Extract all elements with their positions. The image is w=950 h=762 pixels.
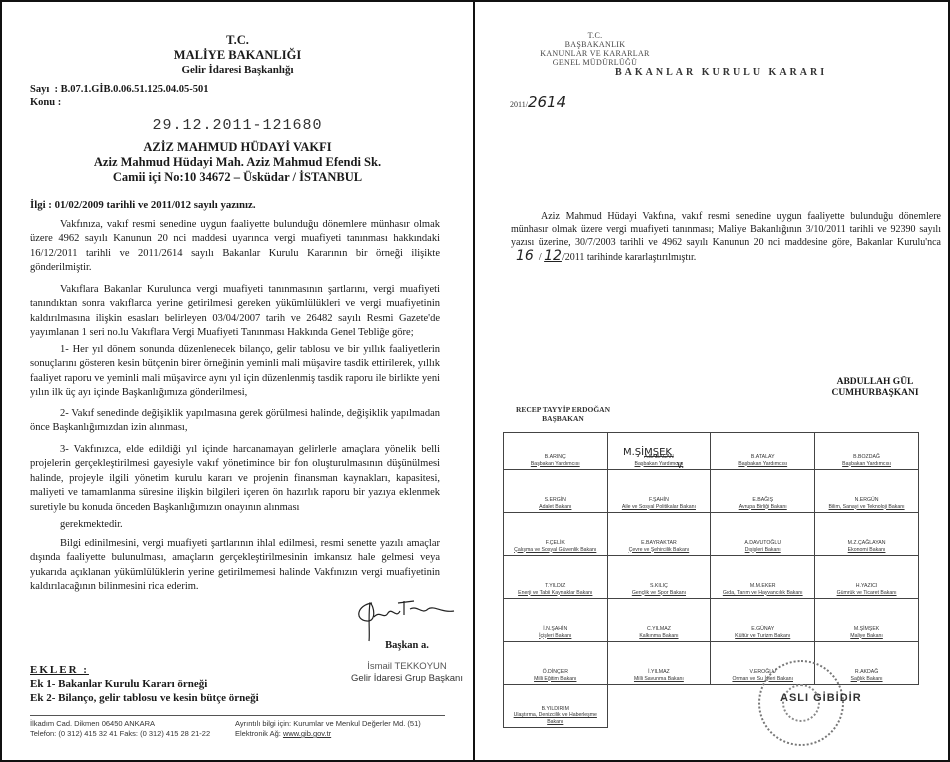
- minister-title: Dışişleri Bakanı: [712, 547, 813, 554]
- footer-phone: Telefon: (0 312) 415 32 41 Faks: (0 312)…: [30, 729, 210, 739]
- signatory-name: İsmail TEKKOYUN: [342, 661, 472, 673]
- signature-block: Başkan a. İsmail TEKKOYUN Gelir İdaresi …: [342, 640, 472, 685]
- president-title: CUMHURBAŞKANI: [815, 388, 935, 399]
- minister-cell: E.BAĞIŞAvrupa Birliği Bakanı: [711, 470, 815, 513]
- minister-cell: T.YILDIZEnerji ve Tabii Kaynaklar Bakanı: [504, 556, 608, 599]
- minister-title: Maliye Bakanı: [816, 633, 917, 640]
- decision-number-handwritten: 2614: [528, 93, 566, 111]
- minister-row: F.ÇELİKÇalışma ve Sosyal Güvenlik Bakanı…: [504, 513, 919, 556]
- minister-title: Bilim, Sanayi ve Teknoloji Bakanı: [816, 504, 917, 511]
- header-directorate-2: GENEL MÜDÜRLÜĞÜ: [535, 58, 655, 67]
- header-office: BAŞBAKANLIK: [535, 40, 655, 49]
- attachments-block: EKLER : Ek 1- Bakanlar Kurulu Kararı örn…: [30, 663, 259, 705]
- recipient-block: AZİZ MAHMUD HÜDAYİ VAKFI Aziz Mahmud Hüd…: [2, 140, 473, 185]
- recipient-address-1: Aziz Mahmud Hüdayi Mah. Aziz Mahmud Efen…: [2, 155, 473, 170]
- minister-title: Kültür ve Turizm Bakanı: [712, 633, 813, 640]
- header-tc: T.C.: [2, 33, 473, 48]
- minister-row: S.ERGİNAdalet BakanıF.ŞAHİNAile ve Sosya…: [504, 470, 919, 513]
- decision-number: 2011/2614: [510, 93, 566, 111]
- recipient-name: AZİZ MAHMUD HÜDAYİ VAKFI: [2, 140, 473, 155]
- minister-cell: E.GÜNAYKültür ve Turizm Bakanı: [711, 599, 815, 642]
- minister-cell: B.ARINÇBaşbakan Yardımcısı: [504, 433, 608, 470]
- minister-row: İ.N.ŞAHİNİçişleri BakanıC.YILMAZKalkınma…: [504, 599, 919, 642]
- minister-title: Başbakan Yardımcısı: [505, 461, 606, 468]
- prime-minister-block: RECEP TAYYİP ERDOĞAN BAŞBAKAN: [503, 405, 623, 423]
- minister-cell: H.YAZICIGümrük ve Ticaret Bakanı: [815, 556, 919, 599]
- signature-role: Başkan a.: [342, 640, 472, 652]
- handwritten-signer: M.ŞİMŞEK: [623, 447, 672, 458]
- footer-info: Ayrıntılı bilgi için: Kurumlar ve Menkul…: [235, 719, 421, 739]
- decision-body: Aziz Mahmud Hüdayi Vakfına, vakıf resmi …: [511, 210, 941, 264]
- registry-stamp-number: 29.12.2011-121680: [2, 117, 473, 134]
- minister-cell: F.ŞAHİNAile ve Sosyal Politikalar Bakanı: [607, 470, 711, 513]
- minister-cell: İ.YILMAZMilli Savunma Bakanı: [607, 642, 711, 685]
- header-department: Gelir İdaresi Başkanlığı: [2, 63, 473, 78]
- letter-header: T.C. MALİYE BAKANLIĞI Gelir İdaresi Başk…: [2, 33, 473, 78]
- sayi-value: : B.07.1.GİB.0.06.51.125.04.05-501: [55, 84, 209, 95]
- minister-cell: Ö.DİNÇERMilli Eğitim Bakanı: [504, 642, 608, 685]
- header-directorate-1: KANUNLAR VE KARARLAR: [535, 49, 655, 58]
- header-tc: T.C.: [535, 31, 655, 40]
- minister-title: Başbakan Yardımcısı: [816, 461, 917, 468]
- decision-date-suffix: /2011 tarihinde kararlaştırılmıştır.: [562, 252, 696, 263]
- paragraph-item-3: 3- Vakfınızca, elde edildiği yıl içinde …: [30, 443, 440, 515]
- cabinet-decision-page: T.C. BAŞBAKANLIK KANUNLAR VE KARARLAR GE…: [475, 0, 947, 758]
- decision-title: BAKANLAR KURULU KARARI: [615, 67, 827, 78]
- attachment-item: Ek 1- Bakanlar Kurulu Kararı örneği: [30, 677, 259, 691]
- footer-address: İlkadım Cad. Dikmen 06450 ANKARA: [30, 719, 210, 729]
- ministers-signature-table: B.ARINÇBaşbakan YardımcısıA.BABACANBaşba…: [503, 432, 919, 728]
- minister-title: Çevre ve Şehircilik Bakanı: [609, 547, 710, 554]
- minister-title: Enerji ve Tabii Kaynaklar Bakanı: [505, 590, 606, 597]
- minister-cell: C.YILMAZKalkınma Bakanı: [607, 599, 711, 642]
- paragraph-closing-word: gerekmektedir.: [60, 518, 260, 532]
- signature-scribble-icon: [352, 595, 462, 643]
- minister-row: T.YILDIZEnerji ve Tabii Kaynaklar Bakanı…: [504, 556, 919, 599]
- signatory-title: Gelir İdaresi Grup Başkanı: [342, 673, 472, 685]
- minister-cell: M.M.EKERGıda, Tarım ve Hayvancılık Bakan…: [711, 556, 815, 599]
- minister-title: Çalışma ve Sosyal Güvenlik Bakanı: [505, 547, 606, 554]
- footer-contact: İlkadım Cad. Dikmen 06450 ANKARA Telefon…: [30, 719, 210, 739]
- prime-minister-title: BAŞBAKAN: [503, 414, 623, 423]
- decision-text: Aziz Mahmud Hüdayi Vakfına, vakıf resmi …: [511, 211, 941, 248]
- minister-cell: E.BAYRAKTARÇevre ve Şehircilik Bakanı: [607, 513, 711, 556]
- prime-minister-name: RECEP TAYYİP ERDOĞAN: [503, 405, 623, 414]
- minister-title: İçişleri Bakanı: [505, 633, 606, 640]
- minister-title: Gıda, Tarım ve Hayvancılık Bakanı: [712, 590, 813, 597]
- minister-cell: İ.N.ŞAHİNİçişleri Bakanı: [504, 599, 608, 642]
- header-ministry: MALİYE BAKANLIĞI: [2, 48, 473, 63]
- decision-header: T.C. BAŞBAKANLIK KANUNLAR VE KARARLAR GE…: [535, 31, 655, 67]
- minister-row: B.ARINÇBaşbakan YardımcısıA.BABACANBaşba…: [504, 433, 919, 470]
- minister-cell: B.ATALAYBaşbakan Yardımcısı: [711, 433, 815, 470]
- minister-row: B.YILDIRIMUlaştırma, Denizcilik ve Haber…: [504, 685, 919, 728]
- attachment-item: Ek 2- Bilanço, gelir tablosu ve kesin bü…: [30, 691, 259, 705]
- minister-title: Milli Savunma Bakanı: [609, 676, 710, 683]
- paragraph-1: Vakfınıza, vakıf resmi senedine uygun fa…: [30, 218, 440, 276]
- paragraph-item-2: 2- Vakıf senedinde değişiklik yapılmasın…: [30, 407, 440, 436]
- minister-title: Adalet Bakanı: [505, 504, 606, 511]
- paragraph-final: Bilgi edinilmesini, vergi muafiyeti şart…: [30, 537, 440, 595]
- decision-prefix: 2011/: [510, 100, 528, 109]
- konu-label: Konu :: [30, 96, 209, 109]
- footer-web-label: Elektronik Ağ:: [235, 729, 281, 738]
- sayi-label: Sayı: [30, 84, 49, 95]
- ministry-letter-page: T.C. MALİYE BAKANLIĞI Gelir İdaresi Başk…: [2, 0, 473, 758]
- minister-row: Ö.DİNÇERMilli Eğitim Bakanıİ.YILMAZMilli…: [504, 642, 919, 685]
- recipient-address-2: Camii içi No:10 34672 – Üsküdar / İSTANB…: [2, 170, 473, 185]
- minister-cell: F.ÇELİKÇalışma ve Sosyal Güvenlik Bakanı: [504, 513, 608, 556]
- minister-title: Başbakan Yardımcısı: [609, 461, 710, 468]
- president-name: ABDULLAH GÜL: [815, 377, 935, 388]
- paragraph-2: Vakıflara Bakanlar Kurulunca vergi muafi…: [30, 283, 440, 341]
- empty-cell: [607, 685, 711, 728]
- minister-cell: M.ŞİMŞEKMaliye Bakanı: [815, 599, 919, 642]
- attachments-title: EKLER :: [30, 663, 259, 677]
- minister-cell: B.YILDIRIMUlaştırma, Denizcilik ve Haber…: [504, 685, 608, 728]
- footer-info-line: Ayrıntılı bilgi için: Kurumlar ve Menkul…: [235, 719, 421, 729]
- ilgi-reference: İlgi : 01/02/2009 tarihli ve 2011/012 sa…: [30, 199, 256, 211]
- minister-cell: B.BOZDAĞBaşbakan Yardımcısı: [815, 433, 919, 470]
- minister-title: Aile ve Sosyal Politikalar Bakanı: [609, 504, 710, 511]
- certified-copy-stamp: ASLI GİBİDİR: [780, 692, 862, 704]
- minister-title: Milli Eğitim Bakanı: [505, 676, 606, 683]
- minister-cell: N.ERGÜNBilim, Sanayi ve Teknoloji Bakanı: [815, 470, 919, 513]
- minister-title: Ulaştırma, Denizcilik ve Haberleşme Baka…: [505, 712, 606, 725]
- minister-cell: A.DAVUTOĞLUDışişleri Bakanı: [711, 513, 815, 556]
- minister-title: Ekonomi Bakanı: [816, 547, 917, 554]
- footer-rule: [30, 715, 445, 716]
- minister-title: Avrupa Birliği Bakanı: [712, 504, 813, 511]
- president-block: ABDULLAH GÜL CUMHURBAŞKANI: [815, 377, 935, 399]
- minister-cell: S.ERGİNAdalet Bakanı: [504, 470, 608, 513]
- minister-title: Başbakan Yardımcısı: [712, 461, 813, 468]
- decision-month-handwritten: 12: [544, 248, 562, 264]
- minister-cell: S.KILIÇGençlik ve Spor Bakanı: [607, 556, 711, 599]
- minister-title: Gençlik ve Spor Bakanı: [609, 590, 710, 597]
- reference-block: Sayı : B.07.1.GİB.0.06.51.125.04.05-501 …: [30, 83, 209, 109]
- paragraph-item-1: 1- Her yıl dönem sonunda düzenlenecek bi…: [30, 343, 440, 401]
- minister-title: Kalkınma Bakanı: [609, 633, 710, 640]
- minister-title: Gümrük ve Ticaret Bakanı: [816, 590, 917, 597]
- decision-day-handwritten: 16: [516, 248, 534, 264]
- footer-web-link[interactable]: www.gib.gov.tr: [283, 729, 331, 738]
- handwritten-mark: V.: [677, 461, 684, 470]
- minister-cell: M.Z.ÇAĞLAYANEkonomi Bakanı: [815, 513, 919, 556]
